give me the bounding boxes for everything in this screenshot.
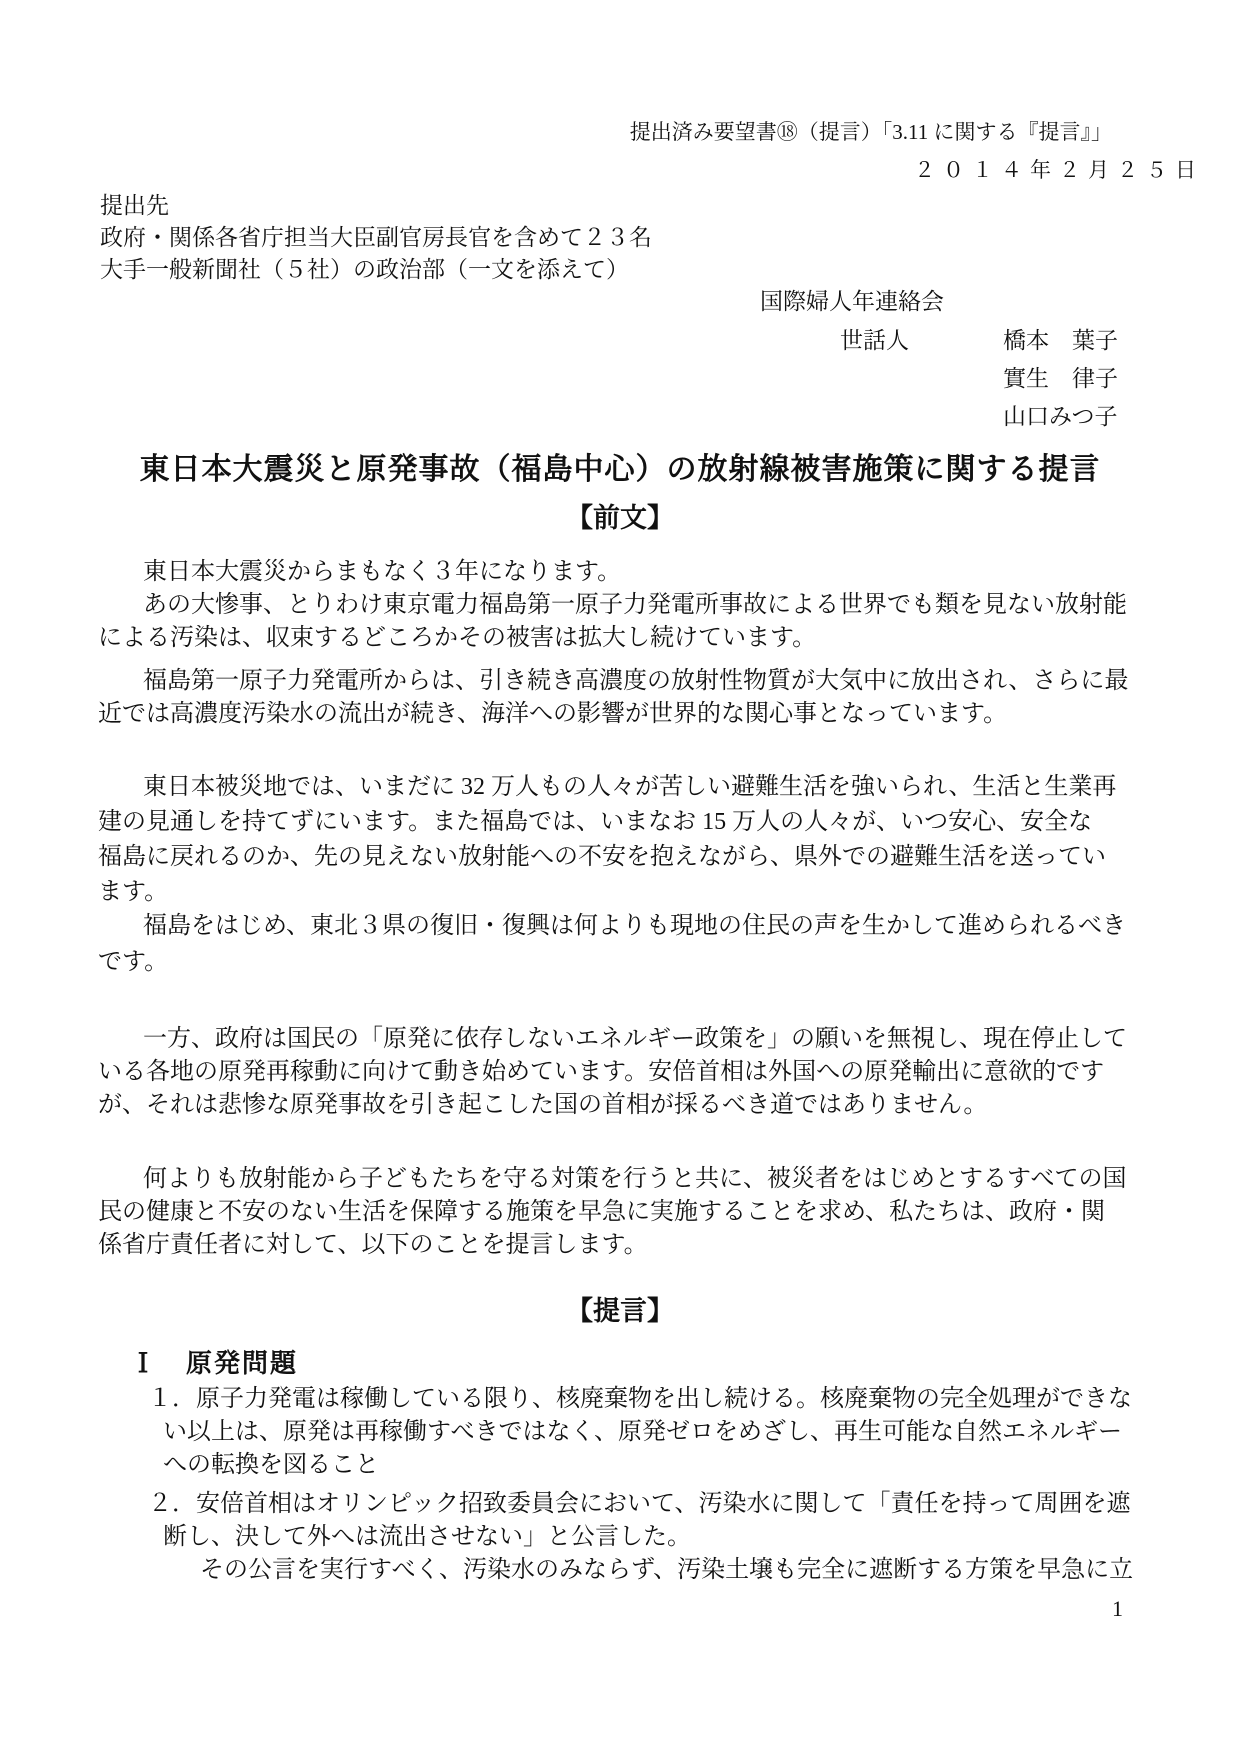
recipient-line: 大手一般新聞社（５社）の政治部（一文を添えて） (100, 254, 652, 286)
preface-paragraph: 一方、政府は国民の「原発に依存しないエネルギー政策を」の願いを無視し、現在停止し… (98, 1023, 1198, 1122)
preface-line: 一方、政府は国民の「原発に依存しないエネルギー政策を」の願いを無視し、現在停止し… (98, 1023, 1198, 1056)
doc-ref-label: 提出済み要望書⑱（提言）「3.11 に関する『提言』」 (630, 119, 1112, 146)
sender-name: 山口みつ子 (1003, 398, 1118, 436)
recipient-line: 政府・関係各省庁担当大臣副官房長官を含めて２３名 (100, 222, 652, 254)
document-page: 提出済み要望書⑱（提言）「3.11 に関する『提言』」 ２０１４年２月２５日 提… (0, 0, 1240, 1754)
page-number: 1 (1112, 1596, 1123, 1622)
preface-line: です。 (98, 944, 1198, 980)
preface-paragraph: 東日本被災地では、いまだに 32 万人もの人々が苦しい避難生活を強いられ、生活と… (98, 770, 1198, 910)
section-1-heading: Ｉ 原発問題 (130, 1347, 298, 1381)
preface-line: 何よりも放射能から子どもたちを守る対策を行うと共に、被災者をはじめとするすべての… (98, 1163, 1198, 1196)
preface-line: 東日本被災地では、いまだに 32 万人もの人々が苦しい避難生活を強いられ、生活と… (98, 770, 1198, 805)
preface-paragraph: 東日本大震災からまもなく３年になります。 あの大惨事、とりわけ東京電力福島第一原… (98, 556, 1198, 655)
proposal-heading: 【提言】 (0, 1293, 1240, 1329)
proposal-item-line: ２．安倍首相はオリンピック招致委員会において、汚染水に関して「責任を持って周囲を… (148, 1488, 1208, 1521)
sender-name: 橋本 葉子 (1003, 322, 1118, 360)
preface-paragraph: 福島第一原子力発電所からは、引き続き高濃度の放射性物質が大気中に放出され、さらに… (98, 665, 1198, 731)
proposal-item-line: い以上は、原発は再稼働すべきではなく、原発ゼロをめざし、再生可能な自然エネルギー (163, 1416, 1208, 1449)
preface-line: あの大惨事、とりわけ東京電力福島第一原子力発電所事故による世界でも類を見ない放射… (98, 589, 1198, 622)
preface-line: 民の健康と不安のない生活を保障する施策を早急に実施することを求め、私たちは、政府… (98, 1196, 1198, 1229)
proposal-item: ２．安倍首相はオリンピック招致委員会において、汚染水に関して「責任を持って周囲を… (148, 1488, 1208, 1587)
preface-line: による汚染は、収束するどころかその被害は拡大し続けています。 (98, 622, 1198, 655)
recipients-block: 提出先 政府・関係各省庁担当大臣副官房長官を含めて２３名 大手一般新聞社（５社）… (100, 190, 652, 286)
preface-line: 東日本大震災からまもなく３年になります。 (98, 556, 1198, 589)
sender-names: 橋本 葉子 實生 律子 山口みつ子 (1003, 322, 1118, 436)
preface-line: 建の見通しを持てずにいます。また福島では、いまなお 15 万人の人々が、いつ安心… (98, 805, 1198, 840)
proposal-item-line: １．原子力発電は稼働している限り、核廃棄物を出し続ける。核廃棄物の完全処理ができ… (148, 1383, 1208, 1416)
preface-line: 近では高濃度汚染水の流出が続き、海洋への影響が世界的な関心事となっています。 (98, 698, 1198, 731)
proposal-item-line: 断し、決して外へは流出させない」と公言した。 (163, 1521, 1208, 1554)
preface-line: 福島第一原子力発電所からは、引き続き高濃度の放射性物質が大気中に放出され、さらに… (98, 665, 1198, 698)
sender-name: 實生 律子 (1003, 360, 1118, 398)
preface-paragraph: 何よりも放射能から子どもたちを守る対策を行うと共に、被災者をはじめとするすべての… (98, 1163, 1198, 1262)
preface-line: 福島に戻れるのか、先の見えない放射能への不安を抱えながら、県外での避難生活を送っ… (98, 840, 1198, 875)
sender-role: 世話人 (840, 327, 909, 355)
proposal-item: １．原子力発電は稼働している限り、核廃棄物を出し続ける。核廃棄物の完全処理ができ… (148, 1383, 1208, 1482)
preface-heading: 【前文】 (0, 500, 1240, 536)
preface-line: 福島をはじめ、東北３県の復旧・復興は何よりも現地の住民の声を生かして進められるべ… (98, 908, 1198, 944)
preface-line: ます。 (98, 875, 1198, 910)
recipients-heading: 提出先 (100, 190, 652, 222)
proposal-item-line: への転換を図ること (163, 1449, 1208, 1482)
preface-line: が、それは悲惨な原発事故を引き起こした国の首相が採るべき道ではありません。 (98, 1089, 1198, 1122)
document-title: 東日本大震災と原発事故（福島中心）の放射線被害施策に関する提言 (0, 450, 1240, 490)
preface-paragraph: 福島をはじめ、東北３県の復旧・復興は何よりも現地の住民の声を生かして進められるべ… (98, 908, 1198, 980)
proposal-item-line: その公言を実行すべく、汚染水のみならず、汚染土壌も完全に遮断する方策を早急に立 (200, 1554, 1208, 1587)
preface-line: いる各地の原発再稼動に向けて動き始めています。安倍首相は外国への原発輸出に意欲的… (98, 1056, 1198, 1089)
preface-line: 係省庁責任者に対して、以下のことを提言します。 (98, 1229, 1198, 1262)
doc-date: ２０１４年２月２５日 (914, 157, 1204, 184)
sender-organization: 国際婦人年連絡会 (760, 288, 944, 316)
